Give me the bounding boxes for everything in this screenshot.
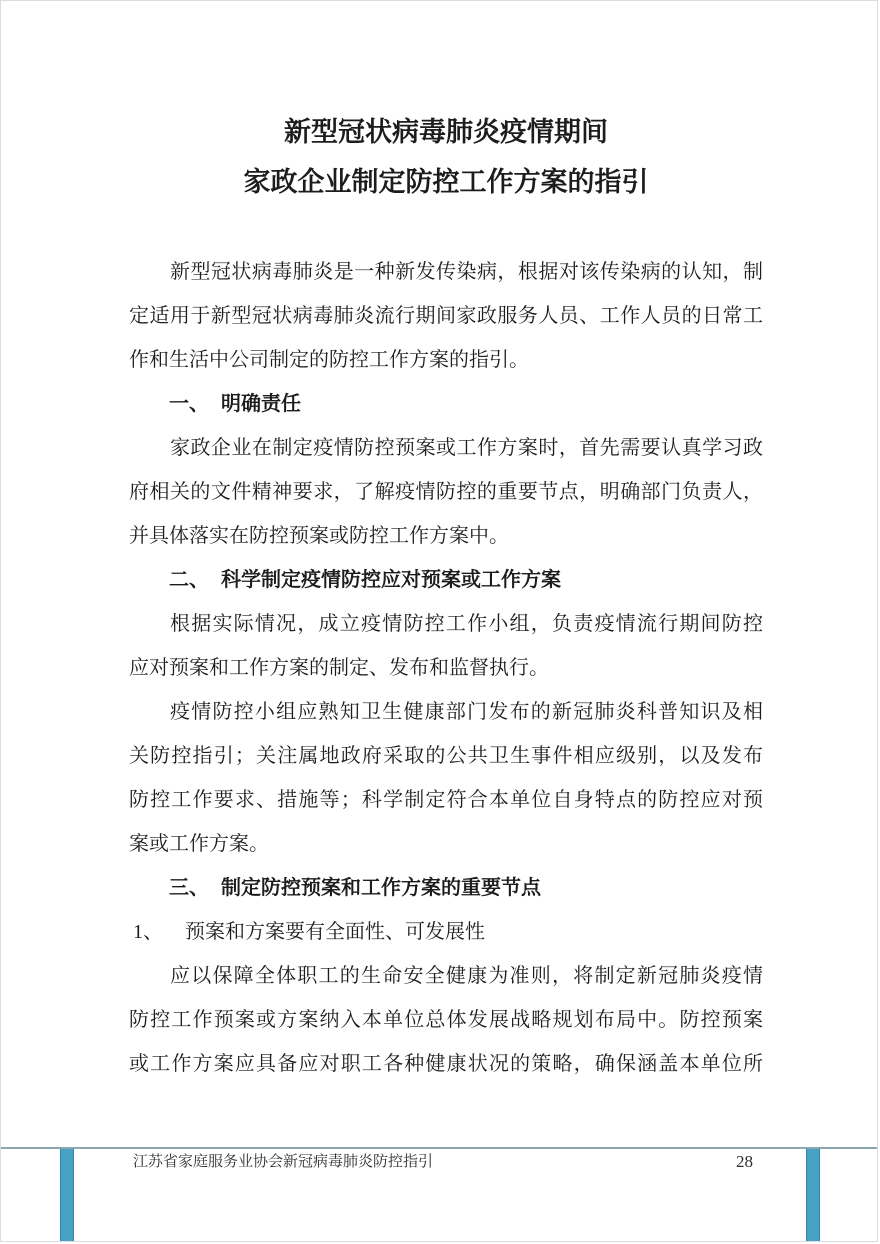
- document-page: 新型冠状病毒肺炎疫情期间家政企业制定防控工作方案的指引 新型冠状病毒肺炎是一种新…: [0, 0, 878, 1242]
- section-heading: 三、制定防控预案和工作方案的重要节点: [129, 866, 763, 910]
- list-item: 1、预案和方案要有全面性、可发展性: [129, 910, 763, 954]
- text-line: 案或工作方案。: [129, 822, 763, 866]
- footer: 江苏省家庭服务业协会新冠病毒肺炎防控指引 28: [133, 1151, 753, 1173]
- text-line: 新型冠状病毒肺炎是一种新发传染病，根据对该传染病的认知，制: [129, 250, 763, 294]
- text-line: 家政企业在制定疫情防控预案或工作方案时，首先需要认真学习政: [129, 426, 763, 470]
- text-line: 府相关的文件精神要求，了解疫情防控的重要节点，明确部门负责人，: [129, 470, 763, 514]
- right-accent-bar: [806, 1149, 820, 1241]
- text-line: 定适用于新型冠状病毒肺炎流行期间家政服务人员、工作人员的日常工: [129, 294, 763, 338]
- section-heading: 一、明确责任: [129, 382, 763, 426]
- text-line: 关防控指引；关注属地政府采取的公共卫生事件相应级别，以及发布: [129, 734, 763, 778]
- heading-text: 明确责任: [221, 393, 301, 415]
- title-line: 家政企业制定防控工作方案的指引: [129, 157, 763, 207]
- section-heading: 二、科学制定疫情防控应对预案或工作方案: [129, 558, 763, 602]
- text-line: 并具体落实在防控预案或防控工作方案中。: [129, 514, 763, 558]
- footer-divider: [1, 1147, 878, 1149]
- footer-doc-title: 江苏省家庭服务业协会新冠病毒肺炎防控指引: [133, 1151, 433, 1173]
- left-accent-bar: [60, 1149, 74, 1241]
- numbering: 一、: [169, 393, 209, 415]
- heading-text: 制定防控预案和工作方案的重要节点: [221, 877, 541, 899]
- text-line: 应对预案和工作方案的制定、发布和监督执行。: [129, 646, 763, 690]
- document-body: 新型冠状病毒肺炎是一种新发传染病，根据对该传染病的认知，制定适用于新型冠状病毒肺…: [129, 250, 763, 1086]
- text-line: 应以保障全体职工的生命安全健康为准则，将制定新冠肺炎疫情: [129, 954, 763, 998]
- title-line: 新型冠状病毒肺炎疫情期间: [129, 107, 763, 157]
- numbering: 二、: [169, 569, 209, 591]
- text-line: 疫情防控小组应熟知卫生健康部门发布的新冠肺炎科普知识及相: [129, 690, 763, 734]
- text-line: 防控工作预案或方案纳入本单位总体发展战略规划布局中。防控预案: [129, 998, 763, 1042]
- numbering: 1、: [133, 921, 163, 943]
- text-line: 根据实际情况，成立疫情防控工作小组，负责疫情流行期间防控: [129, 602, 763, 646]
- document-title: 新型冠状病毒肺炎疫情期间家政企业制定防控工作方案的指引: [129, 107, 763, 207]
- text-line: 作和生活中公司制定的防控工作方案的指引。: [129, 338, 763, 382]
- text-line: 防控工作要求、措施等；科学制定符合本单位自身特点的防控应对预: [129, 778, 763, 822]
- heading-text: 科学制定疫情防控应对预案或工作方案: [221, 569, 561, 591]
- document-content: 新型冠状病毒肺炎疫情期间家政企业制定防控工作方案的指引 新型冠状病毒肺炎是一种新…: [1, 1, 877, 1086]
- text-line: 或工作方案应具备应对职工各种健康状况的策略，确保涵盖本单位所: [129, 1042, 763, 1086]
- numbering: 三、: [169, 877, 209, 899]
- page-number: 28: [736, 1151, 753, 1173]
- heading-text: 预案和方案要有全面性、可发展性: [185, 921, 485, 943]
